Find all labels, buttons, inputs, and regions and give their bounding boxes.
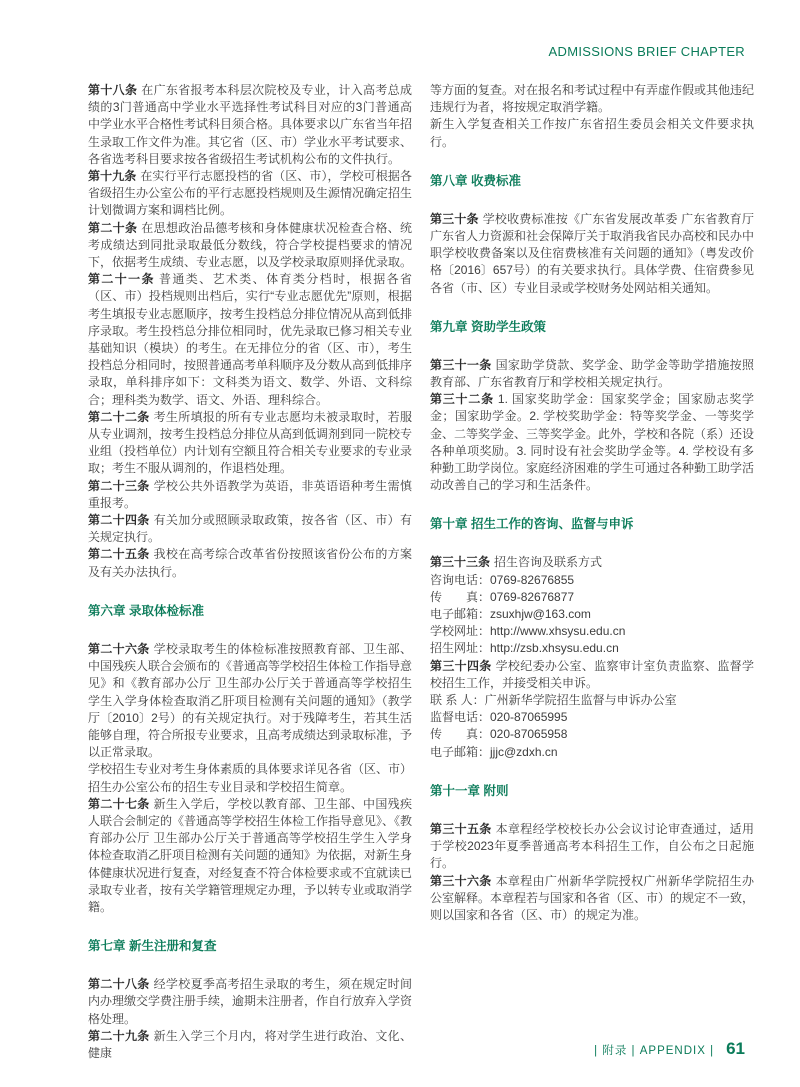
article-paragraph: 第二十六条学校录取考生的体检标准按照教育部、卫生部、中国残疾人联合会颁布的《普通… [88,641,412,761]
page-footer: | 附录 | APPENDIX | 61 [594,1039,745,1059]
article-paragraph: 第十八条在广东省报考本科层次院校及专业，计入高考总成绩的3门普通高中学业水平选择… [88,82,412,168]
article-number: 第二十八条 [88,977,150,991]
document-page: ADMISSIONS BRIEF CHAPTER 第十八条在广东省报考本科层次院… [0,0,800,1087]
article-paragraph: 第二十条在思想政治品德考核和身体健康状况检查合格、统考成绩达到同批录取最低分数线… [88,220,412,272]
body-paragraph: 传 真：020-87065958 [430,726,754,743]
article-text: 1. 国家奖助学金：国家奖学金；国家励志奖学金；国家助学金。2. 学校奖助学金：… [430,392,754,492]
body-paragraph: 监督电话：020-87065995 [430,709,754,726]
article-number: 第三十五条 [430,822,492,836]
article-text: 学校录取考生的体检标准按照教育部、卫生部、中国残疾人联合会颁布的《普通高等学校招… [88,642,412,759]
chapter-heading: 第十一章 附则 [430,783,754,800]
page-header: ADMISSIONS BRIEF CHAPTER [549,44,745,59]
chapter-heading: 第八章 收费标准 [430,173,754,190]
article-number: 第三十一条 [430,358,492,372]
article-paragraph: 第三十四条学校纪委办公室、监察审计室负责监察、监督学校招生工作，并接受相关申诉。 [430,658,754,692]
article-paragraph: 第三十五条本章程经学校校长办公会议讨论审查通过，适用于学校2023年夏季普通高考… [430,821,754,873]
chapter-heading: 第九章 资助学生政策 [430,319,754,336]
header-title: ADMISSIONS BRIEF CHAPTER [549,44,745,59]
article-number: 第二十六条 [88,642,150,656]
article-number: 第二十条 [88,221,137,235]
article-number: 第十八条 [88,83,137,97]
body-paragraph: 咨询电话：0769-82676855 [430,572,754,589]
article-number: 第三十三条 [430,555,490,569]
article-number: 第三十四条 [430,659,492,673]
article-number: 第三十条 [430,212,479,226]
body-paragraph: 电子邮箱：zsuxhjw@163.com [430,606,754,623]
body-paragraph: 联 系 人：广州新华学院招生监督与申诉办公室 [430,692,754,709]
article-paragraph: 第二十一条普通类、艺术类、体育类分档时，根据各省（区、市）投档规则出档后，实行“… [88,271,412,409]
article-number: 第三十二条 [430,392,494,406]
article-paragraph: 第二十八条经学校夏季高考招生录取的考生，须在规定时间内办理缴交学费注册手续，逾期… [88,976,412,1028]
article-paragraph: 第十九条在实行平行志愿投档的省（区、市），学校可根据各省级招生办公室公布的平行志… [88,168,412,220]
footer-appendix-label: | 附录 | APPENDIX | [594,1042,714,1058]
article-text: 普通类、艺术类、体育类分档时，根据各省（区、市）投档规则出档后，实行“专业志愿优… [88,272,412,406]
body-paragraph: 学校网址：http://www.xhsysu.edu.cn [430,623,754,640]
body-paragraph: 传 真：0769-82676877 [430,589,754,606]
article-paragraph: 第三十条学校收费标准按《广东省发展改革委 广东省教育厅 广东省人力资源和社会保障… [430,211,754,297]
article-paragraph: 第二十九条新生入学三个月内，将对学生进行政治、文化、健康 [88,1028,412,1062]
body-paragraph: 学校招生专业对考生身体素质的具体要求详见各省（区、市）招生办公室公布的招生专业目… [88,761,412,795]
article-paragraph: 第三十六条本章程由广州新华学院授权广州新华学院招生办公室解释。本章程若与国家和各… [430,873,754,925]
article-paragraph: 第二十七条新生入学后，学校以教育部、卫生部、中国残疾人联合会制定的《普通高等学校… [88,796,412,916]
chapter-heading: 第七章 新生注册和复查 [88,938,412,955]
article-number: 第二十三条 [88,479,150,493]
article-number: 第十九条 [88,169,136,183]
article-number: 第二十四条 [88,513,150,527]
body-paragraph: 新生入学复查相关工作按广东省招生委员会相关文件要求执行。 [430,116,754,150]
content-columns: 第十八条在广东省报考本科层次院校及专业，计入高考总成绩的3门普通高中学业水平选择… [88,82,755,1062]
chapter-heading: 第六章 录取体检标准 [88,603,412,620]
article-number: 第二十五条 [88,547,150,561]
body-paragraph: 招生网址：http://zsb.xhsysu.edu.cn [430,640,754,657]
article-paragraph: 第二十三条学校公共外语教学为英语，非英语语种考生需慎重报考。 [88,478,412,512]
article-number: 第三十六条 [430,874,492,888]
article-paragraph: 第三十三条招生咨询及联系方式 [430,554,754,571]
article-text: 招生咨询及联系方式 [494,555,602,569]
article-paragraph: 第二十四条有关加分或照顾录取政策，按各省（区、市）有关规定执行。 [88,512,412,546]
article-paragraph: 第二十五条我校在高考综合改革省份按照该省份公布的方案及有关办法执行。 [88,546,412,580]
left-column: 第十八条在广东省报考本科层次院校及专业，计入高考总成绩的3门普通高中学业水平选择… [88,82,412,1062]
article-text: 新生入学后，学校以教育部、卫生部、中国残疾人联合会制定的《普通高等学校招生体检工… [88,797,412,914]
footer-page-number: 61 [726,1039,745,1059]
body-paragraph: 等方面的复查。对在报名和考试过程中有弄虚作假或其他违纪违规行为者，将按规定取消学… [430,82,754,116]
article-text: 在实行平行志愿投档的省（区、市），学校可根据各省级招生办公室公布的平行志愿投档规… [88,169,412,217]
article-number: 第二十二条 [88,410,150,424]
article-number: 第二十九条 [88,1029,150,1043]
article-number: 第二十一条 [88,272,155,286]
body-paragraph: 电子邮箱：jjjc@zdxh.cn [430,744,754,761]
article-paragraph: 第三十一条国家助学贷款、奖学金、助学金等助学措施按照教育部、广东省教育厅和学校相… [430,357,754,391]
article-paragraph: 第三十二条1. 国家奖助学金：国家奖学金；国家励志奖学金；国家助学金。2. 学校… [430,391,754,494]
article-paragraph: 第二十二条考生所填报的所有专业志愿均未被录取时，若服从专业调剂，按考生投档总分排… [88,409,412,478]
article-number: 第二十七条 [88,797,150,811]
chapter-heading: 第十章 招生工作的咨询、监督与申诉 [430,516,754,533]
right-column: 等方面的复查。对在报名和考试过程中有弄虚作假或其他违纪违规行为者，将按规定取消学… [430,82,754,1062]
